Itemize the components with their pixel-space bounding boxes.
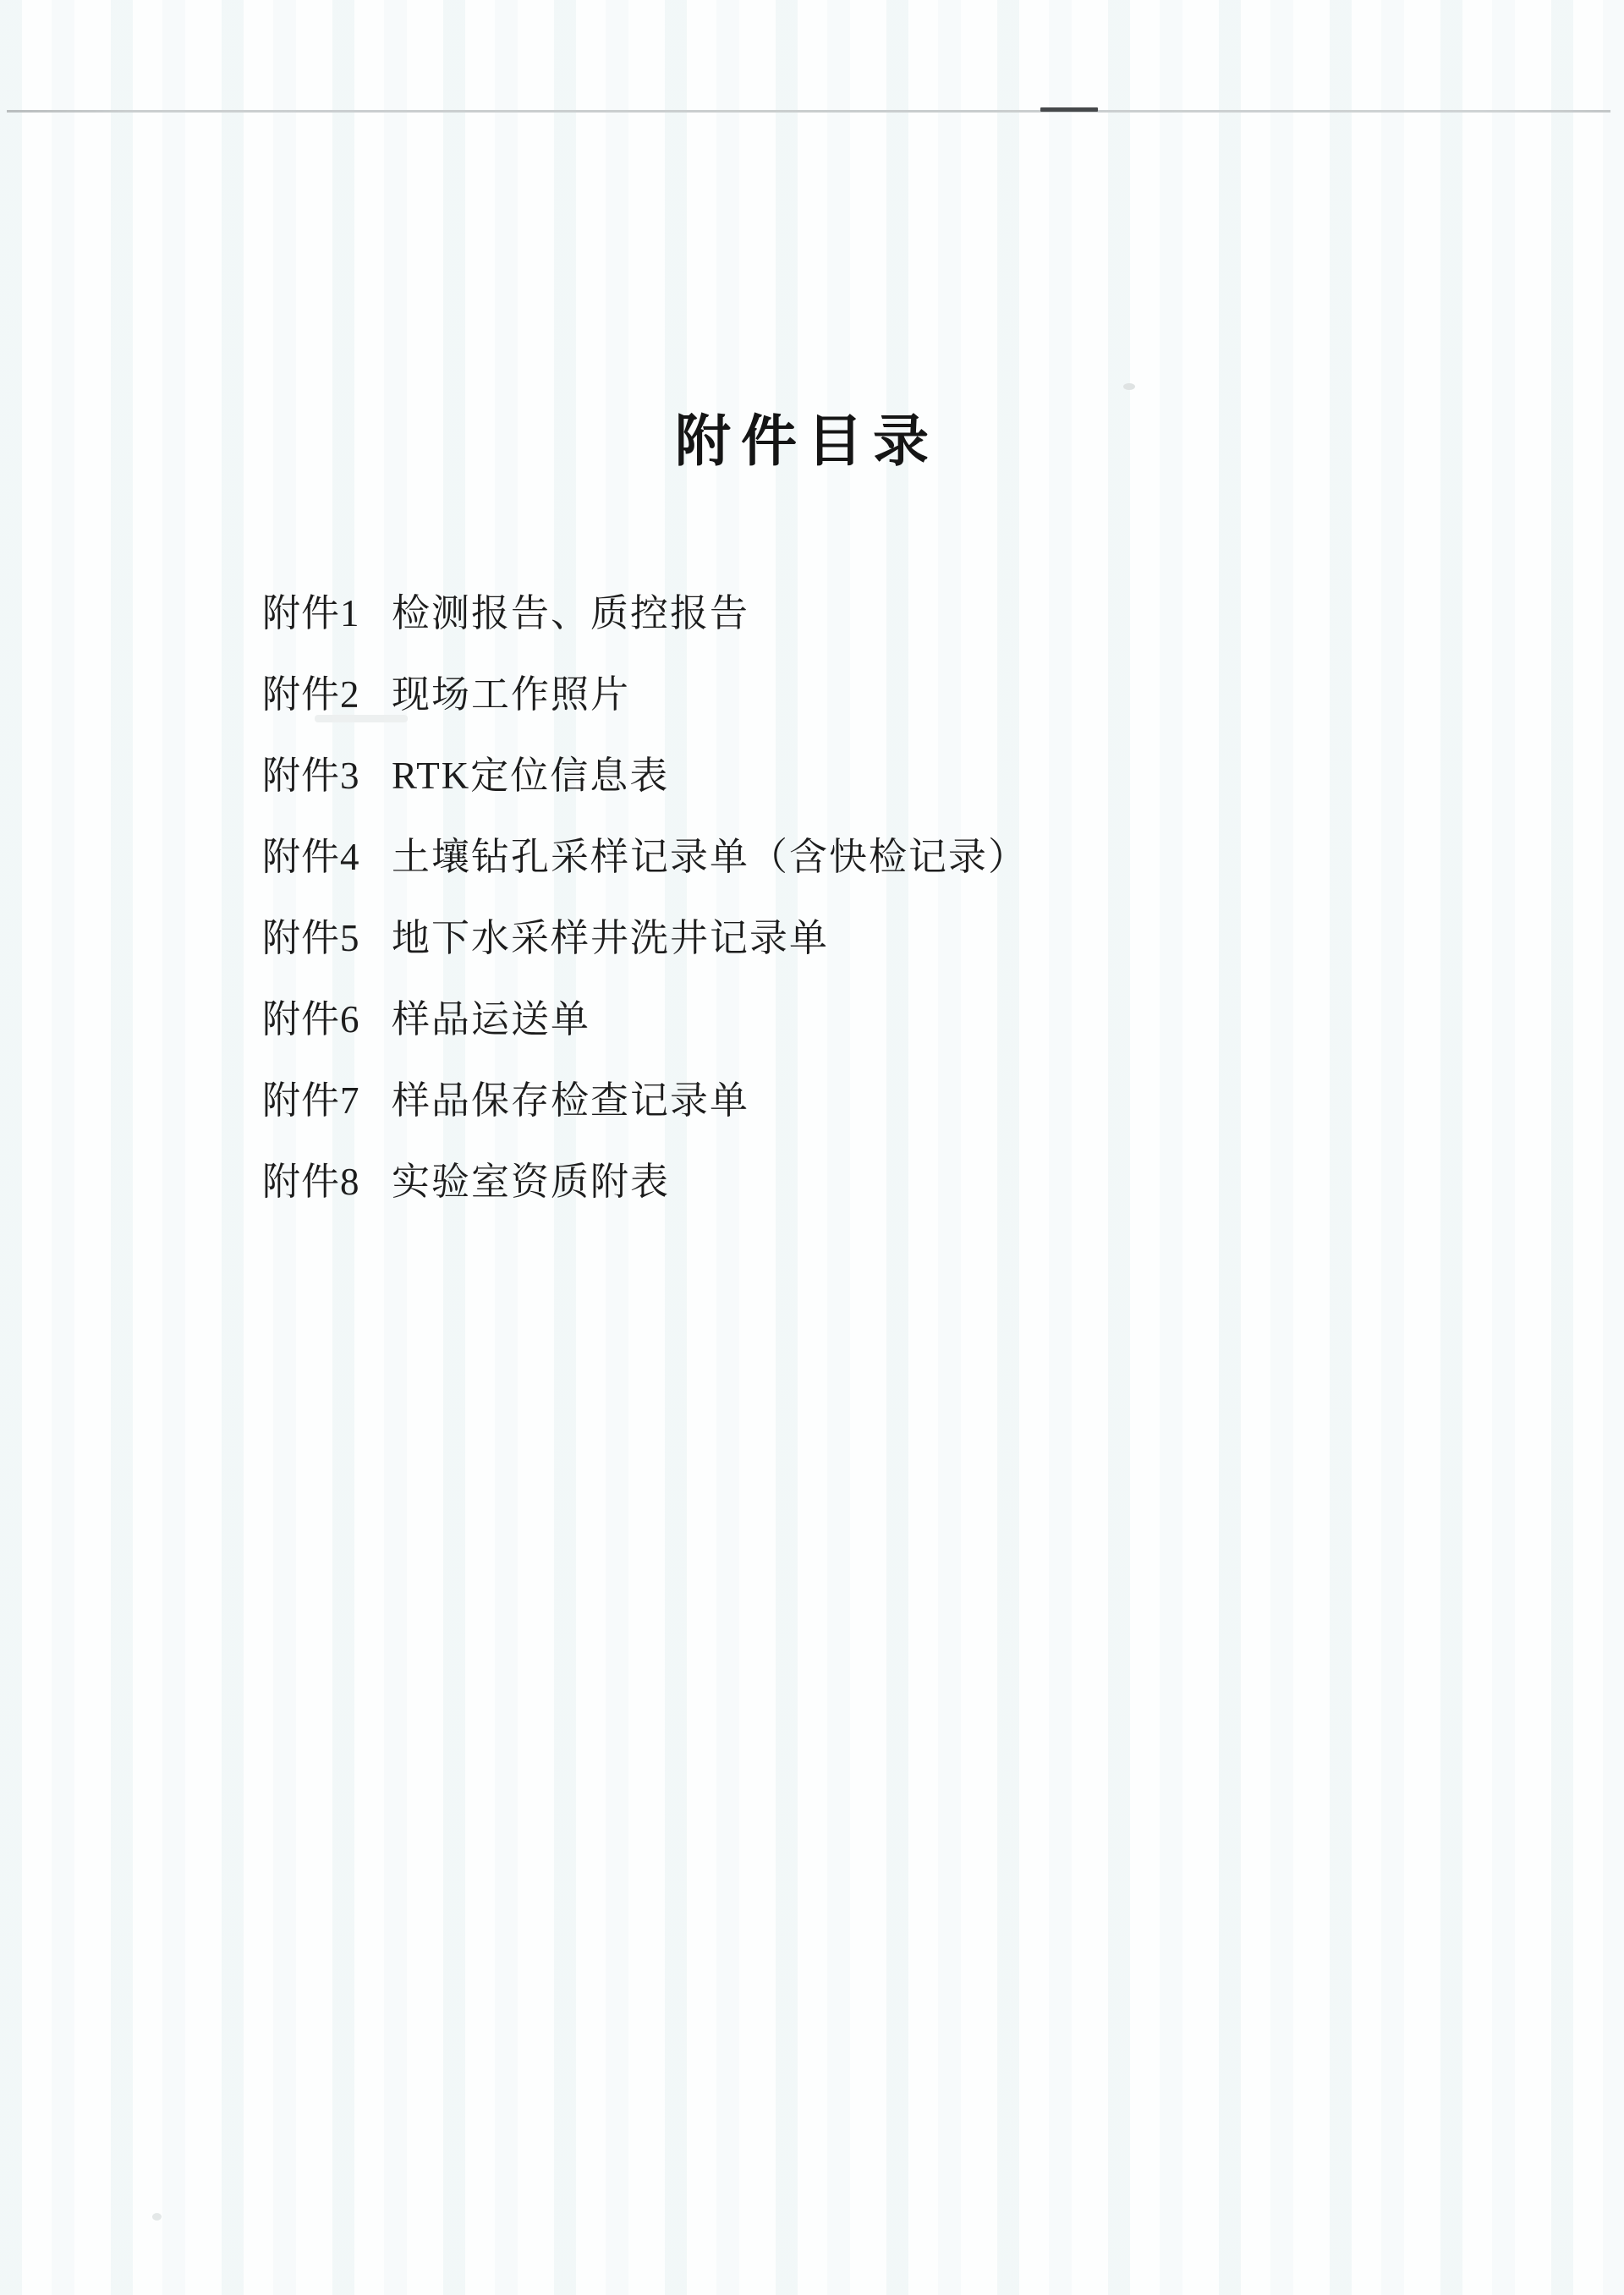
scan-speck — [1123, 383, 1135, 390]
attachment-label: 附件3 — [262, 744, 392, 799]
attachment-row: 附件1 检测报告、质控报告 — [262, 568, 1362, 650]
attachment-row: 附件8 实验室资质附表 — [262, 1137, 1362, 1218]
attachment-label: 附件7 — [262, 1069, 392, 1124]
attachment-title: 实验室资质附表 — [392, 1150, 670, 1205]
attachment-title: 地下水采样井洗井记录单 — [392, 907, 829, 962]
attachment-label: 附件2 — [262, 663, 392, 718]
attachment-title: 土壤钻孔采样记录单（含快检记录） — [392, 826, 1028, 881]
attachment-row: 附件6 样品运送单 — [262, 975, 1362, 1056]
attachment-label: 附件6 — [262, 988, 392, 1043]
page-title: 附件目录 — [0, 396, 1614, 476]
attachment-list: 附件1 检测报告、质控报告 附件2 现场工作照片 附件3 RTK定位信息表 附件… — [262, 568, 1362, 1218]
attachment-label: 附件1 — [262, 582, 392, 637]
scan-speck — [152, 2213, 162, 2221]
attachment-title: 检测报告、质控报告 — [392, 582, 749, 637]
attachment-title: RTK定位信息表 — [392, 744, 669, 799]
attachment-row: 附件2 现场工作照片 — [262, 650, 1362, 731]
attachment-title: 样品保存检查记录单 — [392, 1069, 749, 1124]
attachment-label: 附件5 — [262, 907, 392, 962]
attachment-title: 现场工作照片 — [392, 663, 630, 718]
attachment-row: 附件5 地下水采样井洗井记录单 — [262, 893, 1362, 975]
attachment-row: 附件7 样品保存检查记录单 — [262, 1056, 1362, 1137]
attachment-label: 附件4 — [262, 826, 392, 881]
scan-smudge — [315, 715, 408, 722]
attachment-label: 附件8 — [262, 1150, 392, 1205]
attachment-row: 附件4 土壤钻孔采样记录单（含快检记录） — [262, 812, 1362, 893]
attachment-row: 附件3 RTK定位信息表 — [262, 731, 1362, 812]
scan-fold-line — [7, 110, 1610, 113]
scan-fold-dark-dash — [1040, 107, 1098, 112]
attachment-title: 样品运送单 — [392, 988, 590, 1043]
